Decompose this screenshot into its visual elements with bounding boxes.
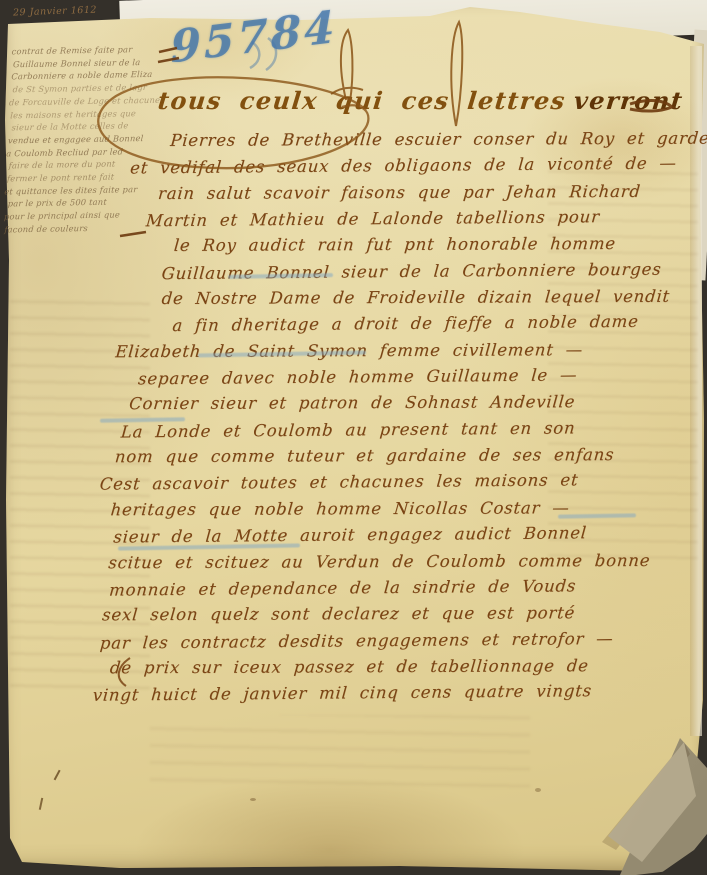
manuscript-line: et vedifal des seaux des obligaons de la… [124, 151, 706, 183]
manuscript-line: Guillaume Bonnel sieur de la Carbonniere… [116, 256, 698, 288]
manuscript-line: Cornier sieur et patron de Sohnast Andev… [105, 389, 687, 418]
opening-line: tous ceulx qui ces lettresverront [156, 86, 685, 115]
manuscript-line: La Londe et Coulomb au present tant en s… [103, 414, 685, 446]
ink-speck [250, 798, 256, 801]
manuscript-line: Cest ascavoir toutes et chacunes les mai… [99, 467, 681, 499]
manuscript-scan: 29 Janvier 1612 contrat de Remise faite … [0, 0, 707, 875]
manuscript-line: Elizabeth de Saint Symon femme civilleme… [109, 336, 691, 365]
ink-speck [535, 788, 541, 792]
date-annotation: 29 Janvier 1612 [13, 5, 97, 19]
manuscript-line: par les contractz desdits engagemens et … [86, 625, 668, 657]
manuscript-line: scitue et scituez au Verdun de Coulomb c… [92, 547, 674, 576]
opening-line-last-word: verront [572, 86, 685, 115]
manuscript-line: monnaie et dependance de la sindrie de V… [90, 572, 672, 604]
manuscript-line: le Roy audict rain fut pnt honorable hom… [118, 231, 700, 260]
manuscript-line: sexl selon quelz sont declarez et que es… [88, 600, 670, 629]
opening-line-text: tous ceulx qui ces lettres [156, 86, 567, 115]
manuscript-line: heritages que noble homme Nicollas Costa… [97, 495, 679, 524]
manuscript-line: a fin dheritage a droit de fieffe a nobl… [111, 309, 693, 341]
manuscript-line: vingt huict de janvier mil cinq cens qua… [82, 678, 664, 710]
manuscript-line: rain salut scavoir faisons que par Jehan… [122, 178, 704, 207]
